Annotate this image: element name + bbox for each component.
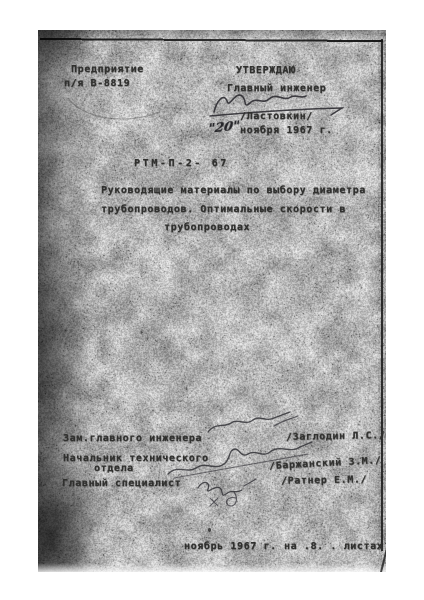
approve-date: ноября 1967 г. bbox=[240, 125, 333, 136]
approver-title: Главный инженер bbox=[227, 83, 326, 94]
approver-name: /Ластовкин/ bbox=[240, 111, 313, 122]
doc-title-line1: Руководящие материалы по выбору диаметра bbox=[101, 185, 366, 196]
ink-speck bbox=[208, 528, 211, 532]
org-name-line2: п/я В-8819 bbox=[64, 78, 130, 89]
signature-role-deputy: Зам.главного инженера bbox=[63, 433, 202, 444]
page: { "colors": { "paper": "#c8c8c4", "ink":… bbox=[0, 0, 424, 600]
handwriting-layer bbox=[38, 30, 386, 572]
scanned-document-page: Предприятие п/я В-8819 УТВЕРЖДАЮ Главный… bbox=[38, 30, 386, 572]
signature-name-specialist: /Ратнер Е.М./ bbox=[281, 474, 367, 487]
approve-word: УТВЕРЖДАЮ bbox=[236, 65, 296, 76]
signature-role-specialist: Главный специалист bbox=[62, 478, 181, 489]
signature-scrawl-specialist-x1 bbox=[210, 498, 218, 506]
signature-role-tech-head-line2: отдела bbox=[94, 463, 134, 474]
footer-pages: на .8. . листах bbox=[284, 541, 383, 552]
signature-scrawl-deputy-tail bbox=[274, 416, 298, 426]
footer-date: ноябрь 1967 г. bbox=[184, 541, 277, 552]
signature-role-tech-head-line1: Начальник технического bbox=[63, 453, 209, 464]
stamp-arc bbox=[68, 98, 160, 119]
doc-title-line3: трубопроводах bbox=[164, 222, 250, 233]
signature-scrawl-deputy bbox=[208, 412, 290, 432]
signature-name-deputy: /Заглодин Л.С./ bbox=[286, 430, 385, 443]
doc-number: РТМ-П-2- 67 bbox=[134, 158, 229, 169]
org-name-line1: Предприятие bbox=[71, 64, 144, 75]
signature-scrawl-specialist-loop bbox=[226, 479, 256, 506]
doc-title-line2: трубопроводов. Оптимальные скорости в bbox=[101, 204, 346, 215]
